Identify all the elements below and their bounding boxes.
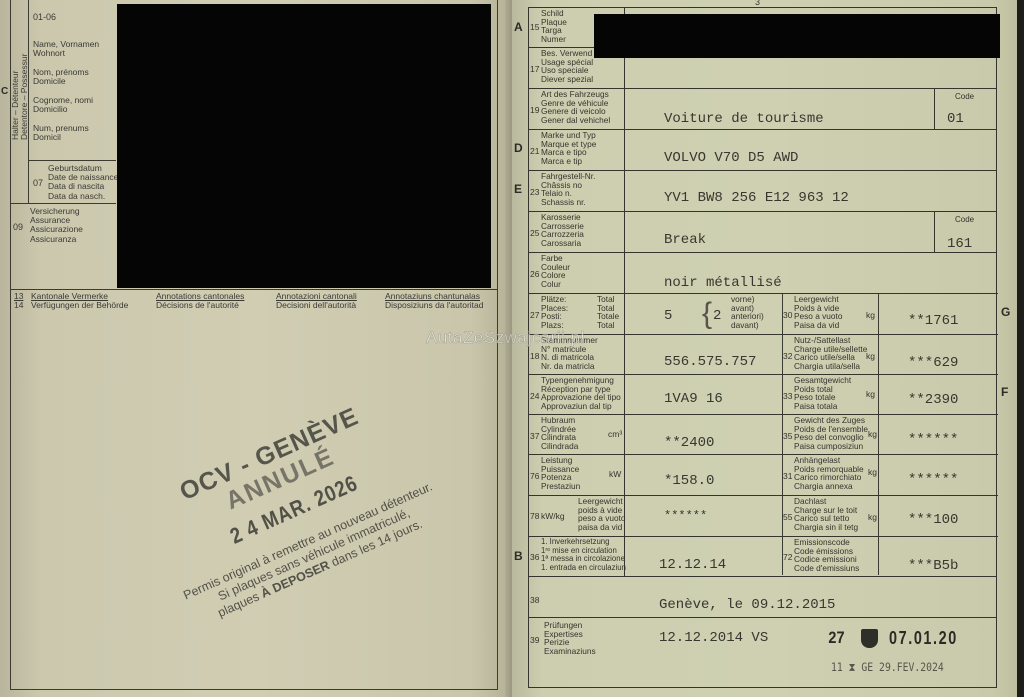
background-edge xyxy=(1017,0,1024,697)
row-combination-weight: 35 Gewicht des ZugesPoids de l'ensembleP… xyxy=(782,414,998,454)
side-letter-d: D xyxy=(514,141,523,155)
holder-label-fr: Nom, prénomsDomicile xyxy=(33,68,89,86)
row-make-model: 21 Marke und TypMarque et typeMarca e ti… xyxy=(529,129,996,170)
inspection-stamp-date: 07.01.20 xyxy=(889,628,958,649)
roof-load-value: ***100 xyxy=(908,512,958,528)
row-emission-code: 72 EmissionscodeCode émissionsCodice emi… xyxy=(782,536,998,576)
seats-front-value: 2 xyxy=(713,308,721,324)
watermark: AutaZeSzwajcarii.pl xyxy=(426,328,585,348)
trailer-load-value: ****** xyxy=(908,472,958,488)
holder-label-it: Cognome, nomiDomicilio xyxy=(33,96,93,114)
field-07-number: 07 xyxy=(33,178,43,188)
row-power: 76 LeistungPuissancePotenzaPrestaziun kW… xyxy=(529,454,782,495)
left-page: 01-06 Halter – Détenteur Detentore – Pos… xyxy=(0,0,512,697)
redacted-plate-number xyxy=(594,14,1000,58)
row-color: 26 FarbeCouleurColoreColur noir métallis… xyxy=(529,252,996,293)
chassis-value: YV1 BW8 256 E12 963 12 xyxy=(664,190,849,206)
empty-weight-value: **1761 xyxy=(908,313,958,329)
row-trailer-load: 31 AnhängelastPoids remorquableCarico ri… xyxy=(782,454,998,495)
side-letter-g: G xyxy=(1001,305,1010,319)
field-14-label-de: Verfügungen der Behörde xyxy=(31,301,128,310)
type-approval-value: 1VA9 16 xyxy=(664,391,723,407)
vehicle-type-code: 01 xyxy=(947,111,964,127)
field-09-labels: VersicherungAssurance AssicurazioneAssic… xyxy=(30,207,83,244)
body-value: Break xyxy=(664,232,706,248)
inspection-stamp-number: 27 xyxy=(828,628,844,648)
body-code: 161 xyxy=(947,236,972,252)
page-number: 3 xyxy=(755,0,760,7)
seats-total-value: 5 xyxy=(664,308,672,324)
canton-crest-icon xyxy=(861,629,878,648)
row-first-registration: 36 1. Inverkehrsetzung1ʳᵉ mise en circul… xyxy=(529,536,782,576)
row-body: 25 KarosserieCarrosserieCarrozzeriaCaros… xyxy=(529,211,996,252)
row-empty-weight: 30 LeergewichtPoids à videPeso a vuotoPa… xyxy=(782,293,998,334)
holder-label-de: Name, VornamenWohnort xyxy=(33,40,99,58)
displacement-value: **2400 xyxy=(664,435,714,451)
emission-code-value: ***B5b xyxy=(908,558,958,574)
holder-label-rm: Num, prenumsDomicil xyxy=(33,124,89,142)
row-roof-load: 55 DachlastCharge sur le toitCarico sul … xyxy=(782,495,998,536)
row-power-weight: 78 kW/kg Leergewichtpoids à videpeso a v… xyxy=(529,495,782,536)
redacted-holder-data xyxy=(117,4,491,288)
field-09-number: 09 xyxy=(13,222,23,232)
row-inspections: 39 PrüfungenExpertisesPerizieExaminaziun… xyxy=(529,617,996,687)
vehicle-type-value: Voiture de tourisme xyxy=(664,111,824,127)
row-chassis: 23 Fahrgestell-Nr.Châssis noTelaio n.Sch… xyxy=(529,170,996,211)
row-payload: 32 Nutz-/SattellastCharge utile/sellette… xyxy=(782,334,998,374)
side-letter-e: E xyxy=(514,182,522,196)
side-letter-f: F xyxy=(1001,385,1008,399)
side-letter-c: C xyxy=(1,86,8,97)
total-weight-value: **2390 xyxy=(908,392,958,408)
side-letter-a: A xyxy=(514,20,523,34)
power-weight-value: ****** xyxy=(664,509,707,523)
row-displacement: 37 HubraumCylindréeCilindrataCilindrada … xyxy=(529,414,782,454)
row-vehicle-type: 19 Art des FahrzeugsGenre de véhiculeGen… xyxy=(529,88,996,129)
power-value: *158.0 xyxy=(664,473,714,489)
field-07-labels: GeburtsdatumDate de naissance Data di na… xyxy=(48,164,118,201)
field-14-label-fr: Décisions de l'autorité xyxy=(156,301,239,310)
payload-value: ***629 xyxy=(908,355,958,371)
inspection-stamp-line2: 11 ⧗ GE 29.FEV.2024 xyxy=(831,660,944,675)
first-registration-value: 12.12.14 xyxy=(659,557,726,573)
side-letter-b: B xyxy=(514,549,523,563)
field-14-label-it: Decisioni dell'autorità xyxy=(276,301,356,310)
make-model-value: VOLVO V70 D5 AWD xyxy=(664,150,798,166)
holder-vertical-label-2: Detentore – Possessur xyxy=(20,54,29,140)
field-01-06-number: 01-06 xyxy=(33,12,56,22)
vehicle-data-table: 15 SchildPlaqueTargaNumer 17 Bes. Verwen… xyxy=(528,7,997,688)
combination-weight-value: ****** xyxy=(908,432,958,448)
row-total-weight: 33 GesamtgewichtPoids totalPeso totalePa… xyxy=(782,374,998,414)
matricule-value: 556.575.757 xyxy=(664,354,756,370)
color-value: noir métallisé xyxy=(664,275,782,291)
row-type-approval: 24 TypengenehmigungRéception par typeApp… xyxy=(529,374,782,414)
field-14-number: 14 xyxy=(14,301,23,310)
inspection-value: 12.12.2014 VS xyxy=(659,630,768,646)
place-date-value: Genève, le 09.12.2015 xyxy=(659,597,835,613)
row-place-date: 38 Genève, le 09.12.2015 xyxy=(529,576,996,617)
field-14-label-rm: Disposiziuns da l'autoritad xyxy=(385,301,483,310)
